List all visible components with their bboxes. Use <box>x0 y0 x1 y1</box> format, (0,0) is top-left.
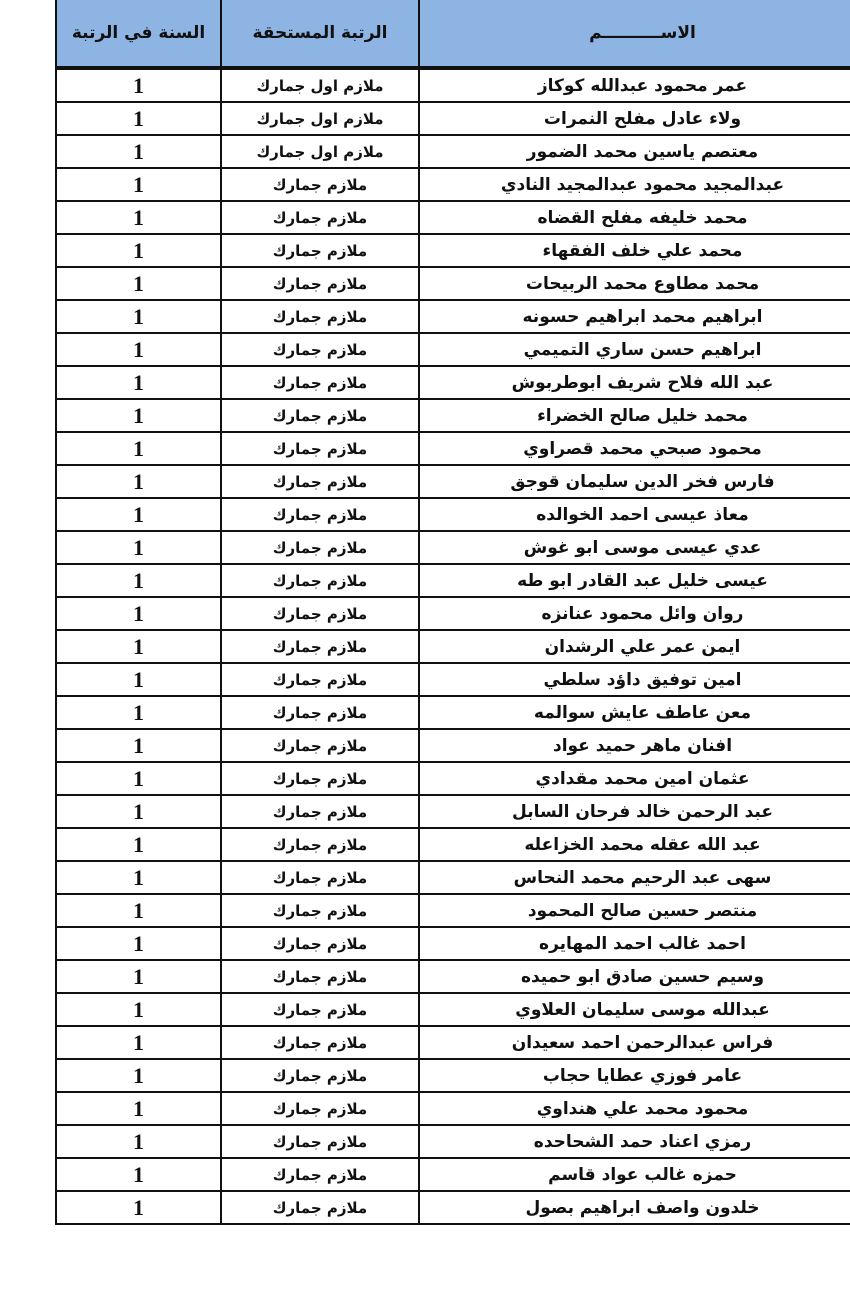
due-rank-cell: ملازم جمارك <box>221 1026 419 1059</box>
table-row: 1ملازم جماركفراس عبدالرحمن احمد سعيدان <box>56 1026 850 1059</box>
due-rank-cell: ملازم جمارك <box>221 1059 419 1092</box>
table-row: 1ملازم جماركعيسى خليل عبد القادر ابو طه <box>56 564 850 597</box>
name-cell: احمد غالب احمد المهايره <box>419 927 850 960</box>
table-row: 1ملازم جماركعدي عيسى موسى ابو غوش <box>56 531 850 564</box>
name-cell: عبدالمجيد محمود عبدالمجيد النادي <box>419 168 850 201</box>
name-cell: معن عاطف عايش سوالمه <box>419 696 850 729</box>
year-in-rank-cell: 1 <box>56 498 221 531</box>
name-cell: ابراهيم حسن ساري التميمي <box>419 333 850 366</box>
name-cell: امين توفيق داؤد سلطي <box>419 663 850 696</box>
table-row: 1ملازم جماركعبدالمجيد محمود عبدالمجيد ال… <box>56 168 850 201</box>
header-year-in-rank: السنة في الرتبة <box>56 0 221 68</box>
year-in-rank-cell: 1 <box>56 399 221 432</box>
year-in-rank-cell: 1 <box>56 696 221 729</box>
due-rank-cell: ملازم جمارك <box>221 696 419 729</box>
year-in-rank-cell: 1 <box>56 168 221 201</box>
table-body: 1ملازم اول جماركعمر محمود عبدالله كوكاز1… <box>56 68 850 1224</box>
year-in-rank-cell: 1 <box>56 993 221 1026</box>
table-row: 1ملازم جماركمعاذ عيسى احمد الخوالده <box>56 498 850 531</box>
year-in-rank-cell: 1 <box>56 234 221 267</box>
table-row: 1ملازم جماركفارس فخر الدين سليمان قوجق <box>56 465 850 498</box>
name-cell: عدي عيسى موسى ابو غوش <box>419 531 850 564</box>
name-cell: محمد خليل صالح الخضراء <box>419 399 850 432</box>
due-rank-cell: ملازم جمارك <box>221 1125 419 1158</box>
year-in-rank-cell: 1 <box>56 1026 221 1059</box>
name-cell: محمود محمد علي هنداوي <box>419 1092 850 1125</box>
due-rank-cell: ملازم جمارك <box>221 663 419 696</box>
due-rank-cell: ملازم اول جمارك <box>221 102 419 135</box>
due-rank-cell: ملازم جمارك <box>221 564 419 597</box>
due-rank-cell: ملازم جمارك <box>221 960 419 993</box>
due-rank-cell: ملازم جمارك <box>221 993 419 1026</box>
year-in-rank-cell: 1 <box>56 729 221 762</box>
name-cell: ولاء عادل مفلح النمرات <box>419 102 850 135</box>
name-cell: عمر محمود عبدالله كوكاز <box>419 68 850 102</box>
table-row: 1ملازم جماركخلدون واصف ابراهيم بصول <box>56 1191 850 1224</box>
name-cell: عبد الله عقله محمد الخزاعله <box>419 828 850 861</box>
name-cell: حمزه غالب عواد قاسم <box>419 1158 850 1191</box>
name-cell: عثمان امين محمد مقدادي <box>419 762 850 795</box>
year-in-rank-cell: 1 <box>56 795 221 828</box>
table-row: 1ملازم جماركابراهيم محمد ابراهيم حسونه <box>56 300 850 333</box>
due-rank-cell: ملازم جمارك <box>221 894 419 927</box>
year-in-rank-cell: 1 <box>56 663 221 696</box>
year-in-rank-cell: 1 <box>56 300 221 333</box>
name-cell: ابراهيم محمد ابراهيم حسونه <box>419 300 850 333</box>
name-cell: وسيم حسين صادق ابو حميده <box>419 960 850 993</box>
year-in-rank-cell: 1 <box>56 333 221 366</box>
table-row: 1ملازم جماركرمزي اعناد حمد الشحاحده <box>56 1125 850 1158</box>
year-in-rank-cell: 1 <box>56 531 221 564</box>
table-row: 1ملازم جماركحمزه غالب عواد قاسم <box>56 1158 850 1191</box>
table-row: 1ملازم جماركمحمد علي خلف الفقهاء <box>56 234 850 267</box>
name-cell: عبد الله فلاح شريف ابوطربوش <box>419 366 850 399</box>
due-rank-cell: ملازم جمارك <box>221 234 419 267</box>
year-in-rank-cell: 1 <box>56 432 221 465</box>
year-in-rank-cell: 1 <box>56 861 221 894</box>
due-rank-cell: ملازم جمارك <box>221 366 419 399</box>
table-row: 1ملازم جماركامين توفيق داؤد سلطي <box>56 663 850 696</box>
name-cell: فراس عبدالرحمن احمد سعيدان <box>419 1026 850 1059</box>
table-header: السنة في الرتبة الرتبة المستحقة الاســــ… <box>56 0 850 68</box>
due-rank-cell: ملازم جمارك <box>221 498 419 531</box>
due-rank-cell: ملازم جمارك <box>221 630 419 663</box>
name-cell: افنان ماهر حميد عواد <box>419 729 850 762</box>
year-in-rank-cell: 1 <box>56 465 221 498</box>
name-cell: سهى عبد الرحيم محمد النحاس <box>419 861 850 894</box>
due-rank-cell: ملازم جمارك <box>221 399 419 432</box>
name-cell: روان وائل محمود عنانزه <box>419 597 850 630</box>
year-in-rank-cell: 1 <box>56 1125 221 1158</box>
table-row: 1ملازم جماركابراهيم حسن ساري التميمي <box>56 333 850 366</box>
due-rank-cell: ملازم جمارك <box>221 1092 419 1125</box>
due-rank-cell: ملازم جمارك <box>221 1158 419 1191</box>
due-rank-cell: ملازم اول جمارك <box>221 68 419 102</box>
name-cell: معتصم ياسين محمد الضمور <box>419 135 850 168</box>
year-in-rank-cell: 1 <box>56 366 221 399</box>
header-due-rank: الرتبة المستحقة <box>221 0 419 68</box>
due-rank-cell: ملازم جمارك <box>221 597 419 630</box>
table-row: 1ملازم جماركمنتصر حسين صالح المحمود <box>56 894 850 927</box>
due-rank-cell: ملازم جمارك <box>221 729 419 762</box>
name-cell: محمود صبحي محمد قصراوي <box>419 432 850 465</box>
table-row: 1ملازم جماركمعن عاطف عايش سوالمه <box>56 696 850 729</box>
name-cell: محمد خليفه مفلح القضاه <box>419 201 850 234</box>
table-row: 1ملازم جماركمحمود محمد علي هنداوي <box>56 1092 850 1125</box>
year-in-rank-cell: 1 <box>56 102 221 135</box>
year-in-rank-cell: 1 <box>56 960 221 993</box>
table-row: 1ملازم جماركمحمود صبحي محمد قصراوي <box>56 432 850 465</box>
table-row: 1ملازم جماركايمن عمر علي الرشدان <box>56 630 850 663</box>
due-rank-cell: ملازم جمارك <box>221 201 419 234</box>
due-rank-cell: ملازم جمارك <box>221 333 419 366</box>
due-rank-cell: ملازم جمارك <box>221 300 419 333</box>
year-in-rank-cell: 1 <box>56 630 221 663</box>
name-cell: فارس فخر الدين سليمان قوجق <box>419 465 850 498</box>
year-in-rank-cell: 1 <box>56 68 221 102</box>
header-row: السنة في الرتبة الرتبة المستحقة الاســــ… <box>56 0 850 68</box>
year-in-rank-cell: 1 <box>56 267 221 300</box>
table-row: 1ملازم جماركوسيم حسين صادق ابو حميده <box>56 960 850 993</box>
name-cell: محمد علي خلف الفقهاء <box>419 234 850 267</box>
year-in-rank-cell: 1 <box>56 894 221 927</box>
year-in-rank-cell: 1 <box>56 1158 221 1191</box>
due-rank-cell: ملازم جمارك <box>221 927 419 960</box>
table-row: 1ملازم جماركمحمد مطاوع محمد الربيحات <box>56 267 850 300</box>
table-row: 1ملازم جماركعامر فوزي عطايا حجاب <box>56 1059 850 1092</box>
name-cell: منتصر حسين صالح المحمود <box>419 894 850 927</box>
name-cell: معاذ عيسى احمد الخوالده <box>419 498 850 531</box>
year-in-rank-cell: 1 <box>56 762 221 795</box>
table-row: 1ملازم اول جماركولاء عادل مفلح النمرات <box>56 102 850 135</box>
name-cell: عامر فوزي عطايا حجاب <box>419 1059 850 1092</box>
year-in-rank-cell: 1 <box>56 201 221 234</box>
year-in-rank-cell: 1 <box>56 927 221 960</box>
due-rank-cell: ملازم جمارك <box>221 828 419 861</box>
due-rank-cell: ملازم جمارك <box>221 465 419 498</box>
promotion-table: السنة في الرتبة الرتبة المستحقة الاســــ… <box>55 0 850 1225</box>
table-row: 1ملازم جماركعبد الرحمن خالد فرحان السابل <box>56 795 850 828</box>
name-cell: عبدالله موسى سليمان العلاوي <box>419 993 850 1026</box>
document-page: السنة في الرتبة الرتبة المستحقة الاســــ… <box>0 0 850 1301</box>
table-row: 1ملازم جماركمحمد خليل صالح الخضراء <box>56 399 850 432</box>
table-row: 1ملازم جماركعبدالله موسى سليمان العلاوي <box>56 993 850 1026</box>
year-in-rank-cell: 1 <box>56 1059 221 1092</box>
due-rank-cell: ملازم جمارك <box>221 762 419 795</box>
name-cell: ايمن عمر علي الرشدان <box>419 630 850 663</box>
table-row: 1ملازم جماركافنان ماهر حميد عواد <box>56 729 850 762</box>
year-in-rank-cell: 1 <box>56 564 221 597</box>
table-row: 1ملازم جماركعثمان امين محمد مقدادي <box>56 762 850 795</box>
table-row: 1ملازم جماركسهى عبد الرحيم محمد النحاس <box>56 861 850 894</box>
table-row: 1ملازم جماركاحمد غالب احمد المهايره <box>56 927 850 960</box>
name-cell: رمزي اعناد حمد الشحاحده <box>419 1125 850 1158</box>
name-cell: خلدون واصف ابراهيم بصول <box>419 1191 850 1224</box>
due-rank-cell: ملازم جمارك <box>221 168 419 201</box>
due-rank-cell: ملازم جمارك <box>221 795 419 828</box>
year-in-rank-cell: 1 <box>56 597 221 630</box>
name-cell: عيسى خليل عبد القادر ابو طه <box>419 564 850 597</box>
due-rank-cell: ملازم اول جمارك <box>221 135 419 168</box>
name-cell: عبد الرحمن خالد فرحان السابل <box>419 795 850 828</box>
due-rank-cell: ملازم جمارك <box>221 1191 419 1224</box>
table-row: 1ملازم جماركروان وائل محمود عنانزه <box>56 597 850 630</box>
table-row: 1ملازم اول جماركمعتصم ياسين محمد الضمور <box>56 135 850 168</box>
header-name: الاســــــــــم <box>419 0 850 68</box>
due-rank-cell: ملازم جمارك <box>221 432 419 465</box>
year-in-rank-cell: 1 <box>56 1191 221 1224</box>
year-in-rank-cell: 1 <box>56 828 221 861</box>
name-cell: محمد مطاوع محمد الربيحات <box>419 267 850 300</box>
table-row: 1ملازم جماركعبد الله عقله محمد الخزاعله <box>56 828 850 861</box>
due-rank-cell: ملازم جمارك <box>221 267 419 300</box>
table-row: 1ملازم جماركعبد الله فلاح شريف ابوطربوش <box>56 366 850 399</box>
year-in-rank-cell: 1 <box>56 1092 221 1125</box>
table-row: 1ملازم اول جماركعمر محمود عبدالله كوكاز <box>56 68 850 102</box>
year-in-rank-cell: 1 <box>56 135 221 168</box>
due-rank-cell: ملازم جمارك <box>221 531 419 564</box>
table-row: 1ملازم جماركمحمد خليفه مفلح القضاه <box>56 201 850 234</box>
due-rank-cell: ملازم جمارك <box>221 861 419 894</box>
